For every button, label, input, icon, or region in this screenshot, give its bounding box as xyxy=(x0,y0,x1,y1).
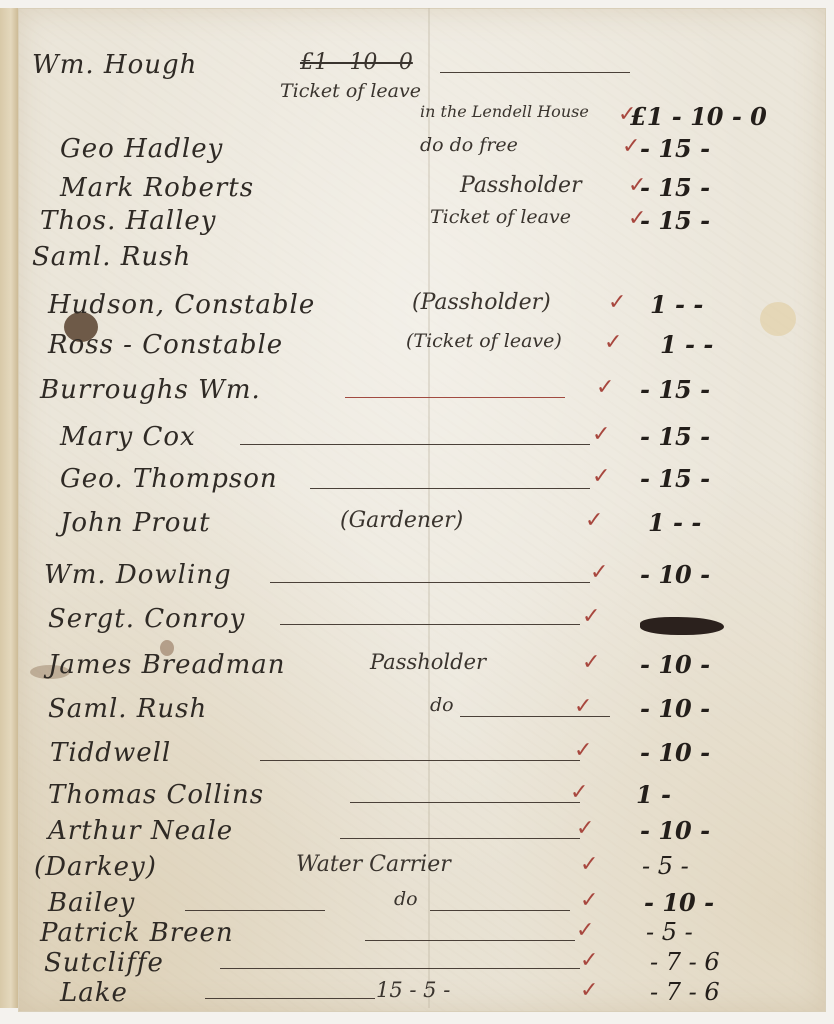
entry-name: James Breadman xyxy=(48,650,286,680)
dash-line xyxy=(240,444,590,445)
entry-note: 15 - 5 - xyxy=(376,978,450,1002)
ledger-row: Sutcliffe ✓ - 7 - 6 xyxy=(0,948,834,978)
note-line-2: in the Lendell House xyxy=(420,102,589,121)
amount: 1 - - xyxy=(650,290,703,319)
ledger-row: Mary Cox ✓ - 15 - xyxy=(0,422,834,452)
amount: 1 - - xyxy=(648,508,701,537)
entry-name: Thomas Collins xyxy=(48,780,264,810)
entry-note: Passholder xyxy=(370,650,486,674)
dash-line xyxy=(430,910,570,911)
entry-name: (Darkey) xyxy=(34,852,157,882)
ledger-header-entry: Wm. Hough £1 - 10 - 0 xyxy=(0,50,834,80)
dash-line xyxy=(440,72,630,73)
check-mark-icon: ✓ xyxy=(580,948,598,973)
amount: - 5 - xyxy=(646,918,693,946)
entry-name: Sergt. Conroy xyxy=(48,604,245,634)
amount: - 15 - xyxy=(640,422,710,451)
entry-name: Ross - Constable xyxy=(48,330,283,360)
amount: 1 - - xyxy=(660,330,713,359)
amount: - 15 - xyxy=(640,464,710,493)
amount: - 10 - xyxy=(644,888,714,917)
ledger-row: Geo. Thompson ✓ - 15 - xyxy=(0,464,834,494)
ledger-row: (Darkey) Water Carrier ✓ - 5 - xyxy=(0,852,834,882)
ledger-row: James Breadman Passholder ✓ - 10 - xyxy=(0,650,834,680)
check-mark-icon: ✓ xyxy=(622,134,640,159)
entry-note: do do free xyxy=(420,134,518,156)
check-mark-icon: ✓ xyxy=(576,918,594,943)
dash-line xyxy=(280,624,580,625)
amount: - 5 - xyxy=(642,852,689,880)
dash-line xyxy=(340,838,580,839)
amount: - 15 - xyxy=(640,173,710,202)
check-mark-icon: ✓ xyxy=(574,694,592,719)
check-mark-icon: ✓ xyxy=(585,508,603,533)
dash-line xyxy=(270,582,590,583)
entry-note: (Gardener) xyxy=(340,508,463,533)
amount: - 10 - xyxy=(640,816,710,845)
ledger-row: Tiddwell ✓ - 10 - xyxy=(0,738,834,768)
entry-name: John Prout xyxy=(60,508,211,538)
check-mark-icon: ✓ xyxy=(580,978,598,1003)
entry-name: Bailey xyxy=(48,888,135,918)
entry-name: Thos. Halley xyxy=(40,206,217,236)
amount: - 10 - xyxy=(640,694,710,723)
check-mark-icon: ✓ xyxy=(570,780,588,805)
check-mark-icon: ✓ xyxy=(608,290,626,315)
note-line-1: Ticket of leave xyxy=(280,80,421,102)
ledger-row: John Prout (Gardener) ✓ 1 - - xyxy=(0,508,834,538)
check-mark-icon: ✓ xyxy=(580,888,598,913)
entry-name: Geo Hadley xyxy=(60,134,223,164)
amount: - 15 - xyxy=(640,206,710,235)
entry-name: Tiddwell xyxy=(50,738,171,768)
amount: - 7 - 6 xyxy=(650,978,720,1006)
amount: - 7 - 6 xyxy=(650,948,720,976)
amount: - 10 - xyxy=(640,650,710,679)
ledger-row: Saml. Rush do ✓ - 10 - xyxy=(0,694,834,724)
check-mark-icon: ✓ xyxy=(582,650,600,675)
ledger-row: Mark Roberts Passholder ✓ - 15 - xyxy=(0,173,834,203)
entry-name: Wm. Hough xyxy=(32,50,197,80)
entry-name: Geo. Thompson xyxy=(60,464,278,494)
check-mark-icon: ✓ xyxy=(604,330,622,355)
entry-name: Mary Cox xyxy=(60,422,196,452)
entry-name: Saml. Rush xyxy=(48,694,207,724)
check-mark-icon: ✓ xyxy=(592,422,610,447)
entry-note: (Ticket of leave) xyxy=(406,330,562,352)
ledger-row: Thomas Collins ✓ 1 - xyxy=(0,780,834,810)
check-mark-icon: ✓ xyxy=(596,375,614,400)
dash-line xyxy=(260,760,580,761)
ledger-row: Patrick Breen ✓ - 5 - xyxy=(0,918,834,948)
ledger-row: Wm. Dowling ✓ - 10 - xyxy=(0,560,834,590)
check-mark-icon: ✓ xyxy=(574,738,592,763)
check-mark-icon: ✓ xyxy=(592,464,610,489)
ledger-row: Hudson, Constable (Passholder) ✓ 1 - - xyxy=(0,290,834,320)
dash-line xyxy=(185,910,325,911)
check-mark-icon: ✓ xyxy=(580,852,598,877)
entry-note: Ticket of leave xyxy=(430,206,571,228)
ledger-row: Lake 15 - 5 - ✓ - 7 - 6 xyxy=(0,978,834,1008)
ledger-row: Geo Hadley do do free ✓ - 15 - xyxy=(0,134,834,164)
amount: - 10 - xyxy=(640,738,710,767)
ledger-row: Ross - Constable (Ticket of leave) ✓ 1 -… xyxy=(0,330,834,360)
ink-blot-amount xyxy=(640,617,724,635)
amount: 1 - xyxy=(636,780,671,809)
amount: - 15 - xyxy=(640,375,710,404)
check-mark-icon: ✓ xyxy=(582,604,600,629)
amount: £1 - 10 - 0 xyxy=(630,102,767,131)
struck-amount: £1 - 10 - 0 xyxy=(300,50,413,75)
ledger-header-amount-row: in the Lendell House ✓ £1 - 10 - 0 xyxy=(0,102,834,132)
entry-name: Burroughs Wm. xyxy=(40,375,261,405)
entry-note: do xyxy=(430,694,454,716)
ledger-row: Saml. Rush xyxy=(0,242,834,272)
entry-name: Sutcliffe xyxy=(44,948,164,978)
entry-name: Patrick Breen xyxy=(40,918,234,948)
red-dash-line xyxy=(345,397,565,398)
dash-line xyxy=(220,968,580,969)
check-mark-icon: ✓ xyxy=(590,560,608,585)
dash-line xyxy=(205,998,375,999)
entry-name: Arthur Neale xyxy=(48,816,233,846)
entry-note: Water Carrier xyxy=(296,852,451,877)
ledger-row: Arthur Neale ✓ - 10 - xyxy=(0,816,834,846)
dash-line xyxy=(365,940,575,941)
ledger-row: Thos. Halley Ticket of leave ✓ - 15 - xyxy=(0,206,834,236)
entry-note: (Passholder) xyxy=(412,290,551,315)
ledger-row: Bailey do ✓ - 10 - xyxy=(0,888,834,918)
entry-name: Wm. Dowling xyxy=(44,560,232,590)
dash-line xyxy=(350,802,580,803)
entry-name: Saml. Rush xyxy=(32,242,191,272)
amount: - 10 - xyxy=(640,560,710,589)
entry-name: Hudson, Constable xyxy=(48,290,315,320)
entry-note: Passholder xyxy=(460,173,582,198)
entry-note: do xyxy=(394,888,418,910)
entry-name: Mark Roberts xyxy=(60,173,254,203)
ledger-row: Burroughs Wm. ✓ - 15 - xyxy=(0,375,834,405)
entry-name: Lake xyxy=(60,978,128,1008)
amount: - 15 - xyxy=(640,134,710,163)
dash-line xyxy=(310,488,590,489)
check-mark-icon: ✓ xyxy=(576,816,594,841)
